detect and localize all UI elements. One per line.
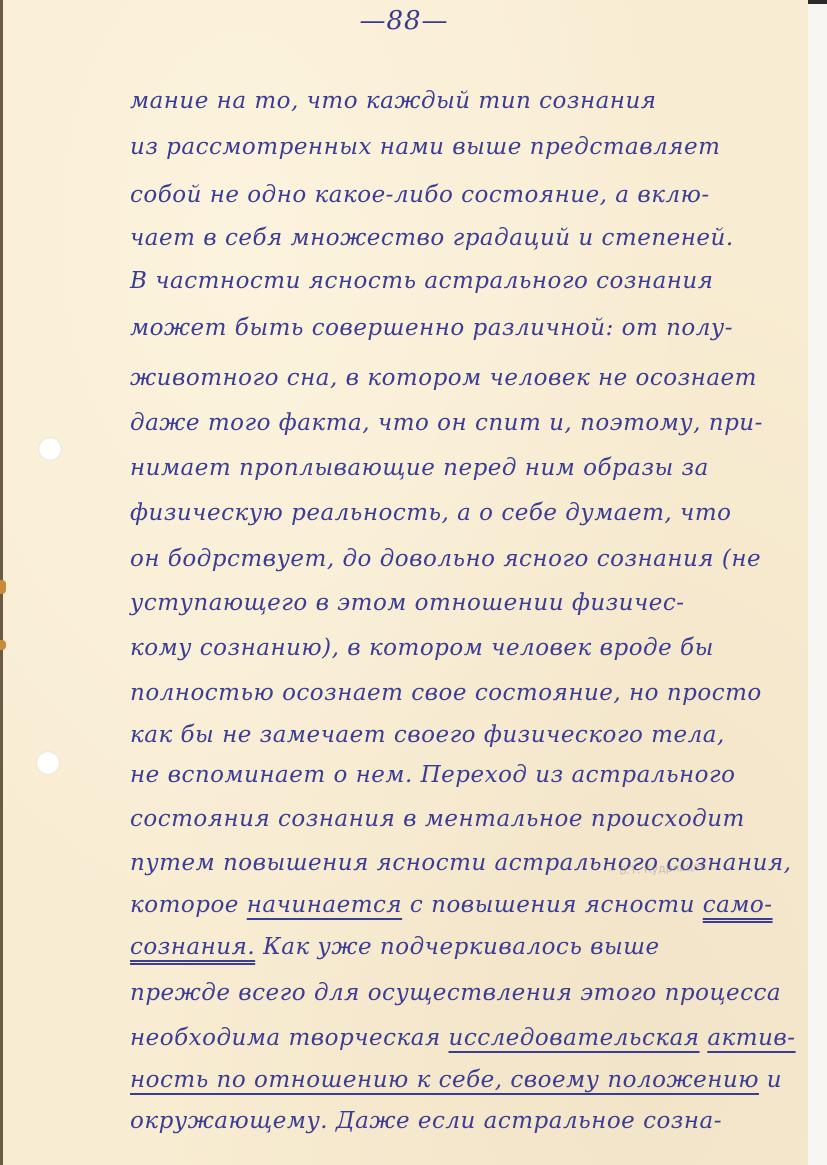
text-line: окружающему. Даже если астральное созна- [130,1108,722,1134]
text-line: физическую реальность, а о себе думает, … [130,500,732,526]
underlined-text: актив- [707,1025,795,1051]
text-line: может быть совершенно различной: от полу… [130,315,733,341]
text-line: В частности ясность астрального сознания [130,268,713,294]
text-line: ность по отношению к себе, своему положе… [130,1067,782,1093]
text-line: не вспоминает о нем. Переход из астральн… [130,762,735,788]
underlined-text: исследовательская [449,1025,700,1051]
text-line: сознания. Как уже подчеркивалось выше [130,934,660,960]
punch-hole-top [38,437,62,461]
text-segment: которое [130,892,247,918]
text-line: необходима творческая исследовательская … [130,1025,796,1051]
punch-hole-bottom [36,751,60,775]
underlined-text: начинается [247,892,402,918]
text-line: которое начинается с повышения ясности с… [130,892,773,918]
rust-stain [0,640,6,650]
text-segment: с повышения ясности [402,892,703,918]
text-line: кому сознанию), в котором человек вроде … [130,635,714,661]
page-number: —88— [0,6,808,36]
scan-margin [808,0,827,1165]
manuscript-page: —88— мание на то, что каждый тип сознани… [0,0,808,1165]
text-segment: Как уже подчеркивалось выше [255,934,660,960]
rust-stain [0,580,6,594]
double-underlined-text: сознания. [130,934,255,960]
text-line: нимает проплывающие перед ним образы за [130,455,709,481]
text-segment: необходима творческая [130,1025,449,1051]
scan-edge [808,0,827,4]
text-line: чает в себя множество градаций и степене… [130,225,734,251]
double-underlined-text: само- [703,892,773,918]
text-line: собой не одно какое-либо состояние, а вк… [130,182,710,208]
text-line: прежде всего для осуществления этого про… [130,980,781,1006]
text-line: уступающего в этом отношении физичес- [130,590,685,616]
underlined-text: ность по отношению к себе, своему положе… [130,1067,759,1093]
text-line: даже того факта, что он спит и, поэтому,… [130,410,763,436]
text-line: состояния сознания в ментальное происход… [130,806,745,832]
text-line: полностью осознает свое состояние, но пр… [130,680,762,706]
text-line: мание на то, что каждый тип сознания [130,88,657,114]
text-line: из рассмотренных нами выше представляет [130,134,720,160]
text-segment: и [759,1067,782,1093]
text-line: он бодрствует, до довольно ясного сознан… [130,546,761,572]
text-line: как бы не замечает своего физического те… [130,722,725,748]
text-line: животного сна, в котором человек не осоз… [130,365,757,391]
